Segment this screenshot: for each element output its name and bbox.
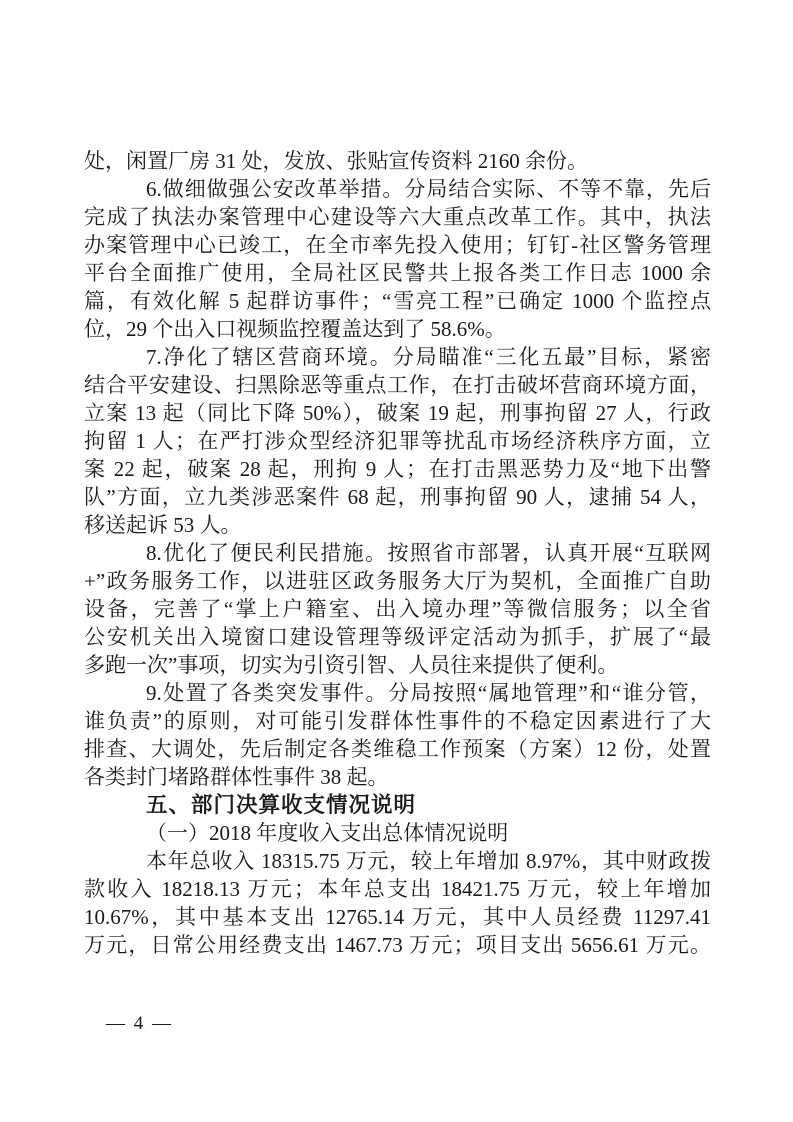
text-line: 立案 13 起（同比下降 50%），破案 19 起，刑事拘留 27 人，行政 (84, 399, 711, 427)
text-line: 位，29 个出入口视频监控覆盖达到了 58.6%。 (84, 315, 711, 343)
page-number: — 4 — (106, 1013, 173, 1035)
text-line: 多跑一次”事项，切实为引资引智、人员往来提供了便利。 (84, 651, 711, 679)
subsection-heading: （一）2018 年度收入支出总体情况说明 (84, 819, 711, 847)
section-heading: 五、部门决算收支情况说明 (84, 791, 711, 819)
document-page: 处，闲置厂房 31 处，发放、张贴宣传资料 2160 余份。 6.做细做强公安改… (0, 0, 793, 1122)
text-line: 案 22 起，破案 28 起，刑拘 9 人；在打击黑恶势力及“地下出警 (84, 455, 711, 483)
text-block: 处，闲置厂房 31 处，发放、张贴宣传资料 2160 余份。 6.做细做强公安改… (84, 147, 711, 959)
text-line: 各类封门堵路群体性事件 38 起。 (84, 763, 711, 791)
text-line: 6.做细做强公安改革举措。分局结合实际、不等不靠，先后 (84, 175, 711, 203)
text-line: 本年总收入 18315.75 万元，较上年增加 8.97%，其中财政拨 (84, 847, 711, 875)
text-line: 9.处置了各类突发事件。分局按照“属地管理”和“谁分管， (84, 679, 711, 707)
text-line: 8.优化了便民利民措施。按照省市部署，认真开展“互联网 (84, 539, 711, 567)
text-line: 谁负责”的原则，对可能引发群体性事件的不稳定因素进行了大 (84, 707, 711, 735)
text-line: 10.67%，其中基本支出 12765.14 万元，其中人员经费 11297.4… (84, 903, 711, 931)
text-line: 结合平安建设、扫黑除恶等重点工作，在打击破坏营商环境方面， (84, 371, 711, 399)
text-line: 公安机关出入境窗口建设管理等级评定活动为抓手，扩展了“最 (84, 623, 711, 651)
text-line: 拘留 1 人；在严打涉众型经济犯罪等扰乱市场经济秩序方面，立 (84, 427, 711, 455)
text-line: 款收入 18218.13 万元；本年总支出 18421.75 万元，较上年增加 (84, 875, 711, 903)
text-line: 排查、大调处，先后制定各类维稳工作预案（方案）12 份，处置 (84, 735, 711, 763)
text-line: 设备，完善了“掌上户籍室、出入境办理”等微信服务；以全省 (84, 595, 711, 623)
text-line: 万元，日常公用经费支出 1467.73 万元；项目支出 5656.61 万元。 (84, 931, 711, 959)
text-line: 平台全面推广使用，全局社区民警共上报各类工作日志 1000 余 (84, 259, 711, 287)
text-line: 7.净化了辖区营商环境。分局瞄准“三化五最”目标，紧密 (84, 343, 711, 371)
text-line: 移送起诉 53 人。 (84, 511, 711, 539)
text-line: +”政务服务工作，以进驻区政务服务大厅为契机，全面推广自助 (84, 567, 711, 595)
text-line: 队”方面，立九类涉恶案件 68 起，刑事拘留 90 人，逮捕 54 人， (84, 483, 711, 511)
text-line: 篇，有效化解 5 起群访事件；“雪亮工程”已确定 1000 个监控点 (84, 287, 711, 315)
text-line: 办案管理中心已竣工，在全市率先投入使用；钉钉-社区警务管理 (84, 231, 711, 259)
text-line: 完成了执法办案管理中心建设等六大重点改革工作。其中，执法 (84, 203, 711, 231)
text-line: 处，闲置厂房 31 处，发放、张贴宣传资料 2160 余份。 (84, 147, 711, 175)
